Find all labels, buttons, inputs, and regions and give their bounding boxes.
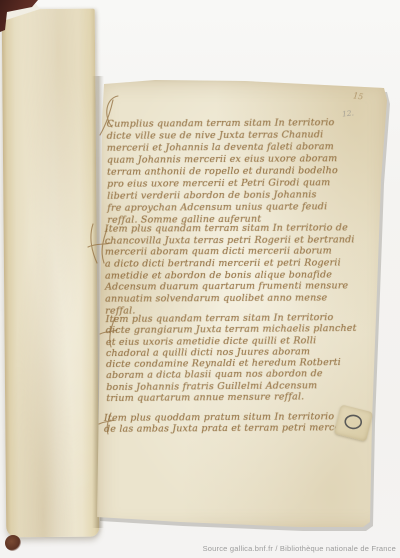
folio-number-pencil: 12. (342, 108, 355, 118)
manuscript-paragraph: Item plus quandam terram sitam In territ… (106, 312, 358, 405)
attribution-text: Source gallica.bnf.fr / Bibliothèque nat… (203, 544, 396, 553)
manuscript-photo: Cumplius quandam terram sitam In territo… (0, 0, 400, 558)
manuscript-line: dicte grangiarum Juxta terram michaelis … (106, 323, 357, 336)
manuscript-line: de las ambas Juxta prata et terram petri… (104, 422, 352, 435)
manuscript-line: Item plus quandam terram sitam In territ… (105, 222, 355, 235)
manuscript-line: a dicto dicti bertrandi mercerii et petr… (105, 257, 355, 270)
manuscript-line: annuatim solvendarum quolibet anno mense (105, 292, 355, 305)
left-page-stack (2, 9, 100, 538)
manuscript-line: fre aproychan Adcensum unius quarte feud… (107, 201, 338, 215)
manuscript-line: trium quartarum annue mensure reffal. (106, 391, 357, 404)
folio-number-ink: 15 (352, 91, 363, 101)
manuscript-line: aboram a dicta blasii quam nos abordon d… (106, 368, 357, 381)
manuscript-paragraph: Cumplius quandam terram sitam In territo… (107, 117, 339, 227)
binding-bottom-fragment (5, 535, 21, 551)
manuscript-paragraph: Item plus quandam terram sitam In territ… (105, 222, 355, 317)
manuscript-paragraph: Item plus quoddam pratum situm In territ… (104, 411, 352, 435)
